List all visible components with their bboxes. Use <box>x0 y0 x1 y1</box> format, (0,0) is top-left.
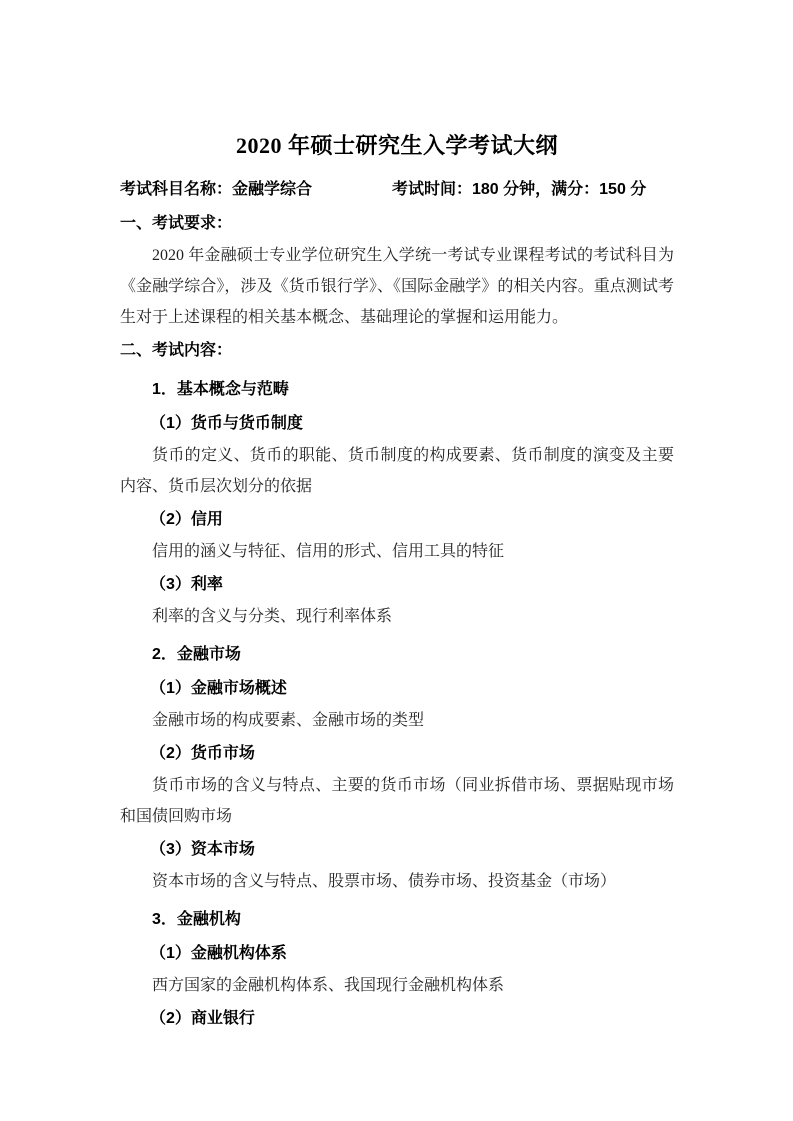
topic-2-heading: 2．金融市场 <box>120 639 674 671</box>
section-requirements-heading: 一、考试要求： <box>120 208 674 240</box>
topic-1-sub-1-body: 货币的定义、货币的职能、货币制度的构成要素、货币制度的演变及主要内容、货币层次划… <box>120 440 674 502</box>
topic-2-sub-3-heading: （3）资本市场 <box>120 834 674 866</box>
topic-2-sub-2-heading: （2）货币市场 <box>120 738 674 770</box>
topic-2-sub-3-body: 资本市场的含义与特点、股票市场、债券市场、投资基金（市场） <box>120 866 674 897</box>
topic-1-sub-3-body: 利率的含义与分类、现行利率体系 <box>120 601 674 632</box>
document-content: 2020 年硕士研究生入学考试大纲 考试科目名称：金融学综合 考试时间：180 … <box>120 131 674 1035</box>
topic-1-sub-3-heading: （3）利率 <box>120 569 674 601</box>
exam-meta-row: 考试科目名称：金融学综合 考试时间：180 分钟，满分：150 分 <box>120 174 674 206</box>
section-requirements-paragraph: 2020 年金融硕士专业学位研究生入学统一考试专业课程考试的考试科目为《金融学综… <box>120 240 674 333</box>
topic-2-sub-1-heading: （1）金融市场概述 <box>120 673 674 705</box>
document-page: 2020 年硕士研究生入学考试大纲 考试科目名称：金融学综合 考试时间：180 … <box>0 0 793 1121</box>
topic-3-sub-1-body: 西方国家的金融机构体系、我国现行金融机构体系 <box>120 970 674 1001</box>
exam-time: 考试时间：180 分钟，满分：150 分 <box>392 174 646 206</box>
exam-subject: 考试科目名称：金融学综合 <box>120 181 312 198</box>
topic-1-sub-2-body: 信用的涵义与特征、信用的形式、信用工具的特征 <box>120 536 674 567</box>
topic-3-heading: 3．金融机构 <box>120 904 674 936</box>
topic-1-heading: 1．基本概念与范畴 <box>120 374 674 406</box>
topic-3-sub-2-heading: （2）商业银行 <box>120 1003 674 1035</box>
topic-1-sub-1-heading: （1）货币与货币制度 <box>120 408 674 440</box>
topic-3-sub-1-heading: （1）金融机构体系 <box>120 938 674 970</box>
section-content-heading: 二、考试内容： <box>120 335 674 367</box>
topic-2-sub-2-body: 货币市场的含义与特点、主要的货币市场（同业拆借市场、票据贴现市场和国债回购市场 <box>120 770 674 832</box>
topic-1-sub-2-heading: （2）信用 <box>120 504 674 536</box>
topic-2-sub-1-body: 金融市场的构成要素、金融市场的类型 <box>120 705 674 736</box>
page-title: 2020 年硕士研究生入学考试大纲 <box>120 131 674 161</box>
